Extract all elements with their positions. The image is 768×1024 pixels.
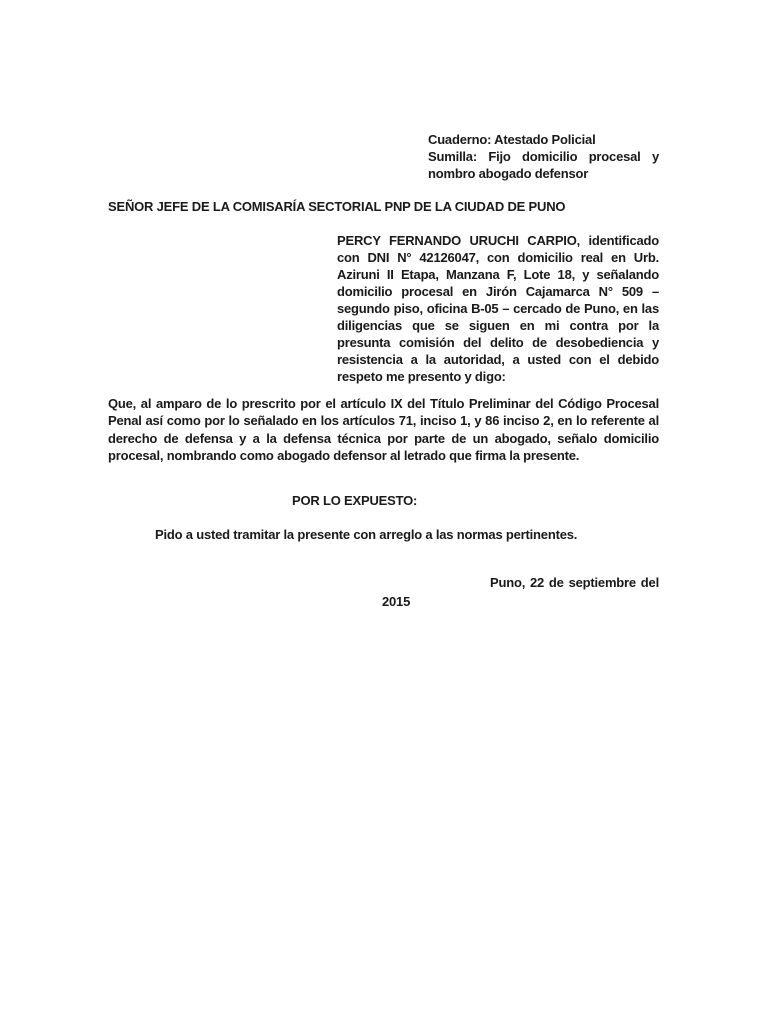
date-block: Puno, 22 de septiembre del 2015 — [382, 574, 659, 611]
addressee-line: SEÑOR JEFE DE LA COMISARÍA SECTORIAL PNP… — [108, 198, 708, 215]
legal-grounds-paragraph: Que, al amparo de lo prescrito por el ar… — [108, 395, 659, 465]
introduction-paragraph: PERCY FERNANDO URUCHI CARPIO, identifica… — [337, 232, 659, 385]
caption-cuaderno-line: Cuaderno: Atestado Policial — [428, 131, 659, 148]
por-lo-expuesto-heading: POR LO EXPUESTO: — [292, 492, 417, 509]
case-caption: Cuaderno: Atestado Policial Sumilla: Fij… — [428, 131, 659, 182]
date-line-1: Puno, 22 de septiembre del — [382, 574, 659, 593]
document-page: Cuaderno: Atestado Policial Sumilla: Fij… — [0, 0, 768, 1024]
caption-sumilla-line: Sumilla: Fijo domicilio procesal y nombr… — [428, 148, 659, 182]
petition-line: Pido a usted tramitar la presente con ar… — [155, 526, 715, 543]
date-line-2: 2015 — [382, 593, 659, 612]
